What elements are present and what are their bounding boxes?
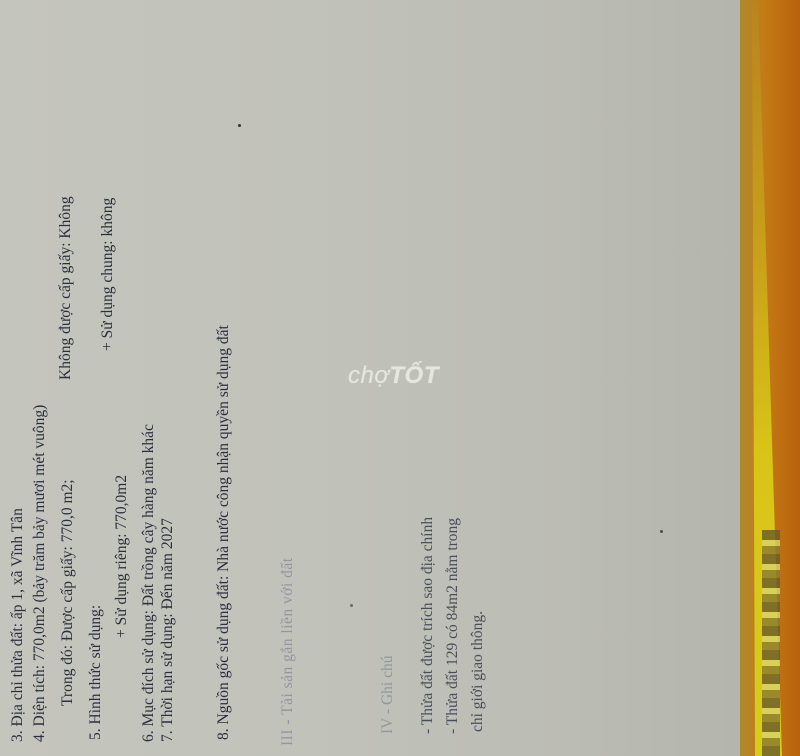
ink-speck [350, 604, 353, 607]
chotot-watermark: chợTỐT [348, 362, 439, 390]
watermark-brand-part1: chợ [348, 362, 389, 389]
note-line-3: chỉ giới giao thông. [470, 611, 486, 732]
section-iii-heading: III - Tài sản gắn liền với đất [280, 557, 296, 746]
watermark-brand-part2: TỐT [389, 362, 439, 389]
item-area: 4. Diện tích: 770,0m2 (bảy trăm bảy mươi… [32, 405, 48, 742]
item-area-issued: Trong đó: Được cấp giấy: 770,0 m2; [60, 479, 76, 706]
item-shared-use: + Sử dụng chung: không [100, 198, 116, 351]
ink-speck [660, 530, 663, 533]
section-iv-heading: IV - Ghi chú [380, 656, 396, 735]
item-address: 3. Địa chỉ thửa đất: ấp 1, xã Vĩnh Tân [10, 508, 26, 742]
item-origin: 8. Nguồn gốc sử dụng đất: Nhà nước công … [216, 325, 232, 740]
note-line-1: - Thửa đất được trích sao địa chính [420, 517, 436, 734]
item-area-not-issued: Không được cấp giấy: Không [58, 196, 74, 380]
note-line-2: - Thửa đất 129 có 84m2 nằm trong [445, 518, 461, 734]
item-private-use: + Sử dụng riêng: 770,0m2 [114, 475, 130, 638]
item-purpose: 6. Mục đích sử dụng: Đất trồng cây hàng … [141, 424, 157, 742]
binding-marks [762, 530, 780, 756]
item-usage-form: 5. Hình thức sử dụng: [88, 605, 104, 740]
ink-speck [238, 124, 241, 127]
item-term: 7. Thời hạn sử dụng: Đến năm 2027 [160, 518, 176, 742]
